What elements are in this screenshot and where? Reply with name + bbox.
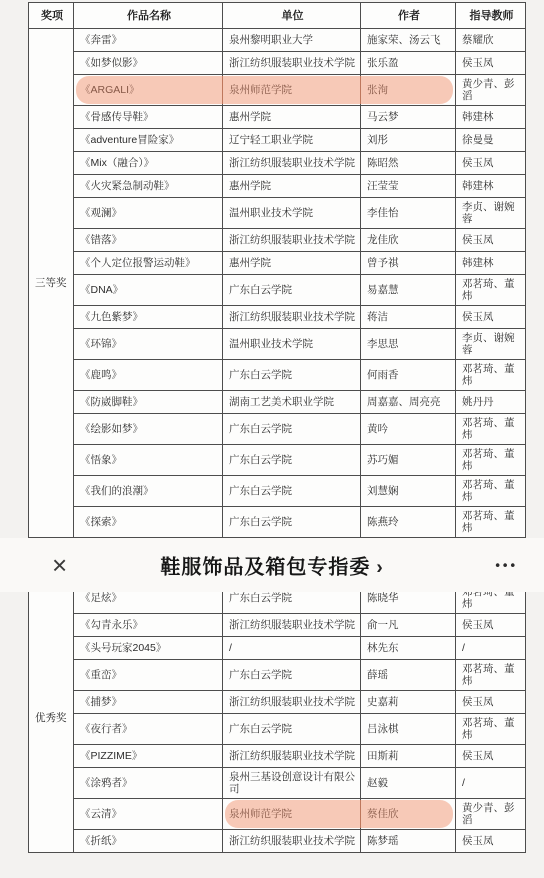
unit-cell: 广东白云学院 (223, 714, 361, 745)
award-label-cell: 三等奖 (29, 29, 74, 538)
section-title[interactable]: 鞋服饰品及箱包专指委› (160, 551, 383, 580)
author-cell: 蔡佳欣 (361, 799, 456, 830)
teacher-cell: 姚丹丹 (456, 391, 526, 414)
unit-cell: 温州职业技术学院 (223, 329, 361, 360)
author-cell: 陈梦瑶 (361, 830, 456, 853)
work-cell: 《错落》 (74, 229, 223, 252)
unit-cell: 温州职业技术学院 (223, 198, 361, 229)
unit-cell: 浙江纺织服装职业技术学院 (223, 614, 361, 637)
table-row: 《骨感传导鞋》惠州学院马云梦韩建林 (29, 106, 526, 129)
work-cell: 《九色紫梦》 (74, 306, 223, 329)
table-row: 《如梦似影》浙江纺织服装职业技术学院张乐盈侯玉凤 (29, 52, 526, 75)
work-cell: 《个人定位报警运动鞋》 (74, 252, 223, 275)
author-cell: 陈昭然 (361, 152, 456, 175)
unit-cell: 广东白云学院 (223, 507, 361, 538)
table-row: 三等奖《奔雷》泉州黎明职业大学施家荣、汤云飞蔡耀欣 (29, 29, 526, 52)
teacher-cell: 邓茗琦、董炜 (456, 476, 526, 507)
teacher-cell: 韩建林 (456, 175, 526, 198)
column-header: 作者 (361, 3, 456, 29)
author-cell: 李佳怡 (361, 198, 456, 229)
unit-cell: 泉州师范学院 (223, 799, 361, 830)
author-cell: 易嘉慧 (361, 275, 456, 306)
close-icon[interactable]: × (52, 552, 67, 578)
author-cell: 薛瑶 (361, 660, 456, 691)
unit-cell: 广东白云学院 (223, 660, 361, 691)
unit-cell: / (223, 637, 361, 660)
table-row: 《悟象》广东白云学院苏巧媚邓茗琦、董炜 (29, 445, 526, 476)
work-cell: 《防崴脚鞋》 (74, 391, 223, 414)
teacher-cell: 蔡耀欣 (456, 29, 526, 52)
work-cell: 《ARGALI》 (74, 75, 223, 106)
unit-cell: 广东白云学院 (223, 445, 361, 476)
work-cell: 《Mix（融合）》 (74, 152, 223, 175)
table-row: 《ARGALI》泉州师范学院张洵黄少青、彭滔 (29, 75, 526, 106)
unit-cell: 浙江纺织服装职业技术学院 (223, 52, 361, 75)
table-row: 《个人定位报警运动鞋》惠州学院曾予祺韩建林 (29, 252, 526, 275)
column-header: 奖项 (29, 3, 74, 29)
author-cell: 马云梦 (361, 106, 456, 129)
unit-cell: 广东白云学院 (223, 476, 361, 507)
author-cell: 刘慧娴 (361, 476, 456, 507)
teacher-cell: 李贞、谢婉蓉 (456, 329, 526, 360)
author-cell: 吕泳棋 (361, 714, 456, 745)
unit-cell: 惠州学院 (223, 106, 361, 129)
table-row: 《头号玩家2045》/林先东/ (29, 637, 526, 660)
award-label-cell: 优秀奖 (29, 592, 74, 853)
unit-cell: 惠州学院 (223, 175, 361, 198)
work-cell: 《重峦》 (74, 660, 223, 691)
work-cell: 《足炫》 (74, 592, 223, 614)
more-menu-icon[interactable]: ••• (495, 558, 518, 573)
work-cell: 《火灾紧急制动鞋》 (74, 175, 223, 198)
unit-cell: 泉州师范学院 (223, 75, 361, 106)
unit-cell: 湖南工艺美术职业学院 (223, 391, 361, 414)
work-cell: 《如梦似影》 (74, 52, 223, 75)
author-cell: 苏巧媚 (361, 445, 456, 476)
author-cell: 史嘉莉 (361, 691, 456, 714)
author-cell: 林先东 (361, 637, 456, 660)
unit-cell: 广东白云学院 (223, 275, 361, 306)
work-cell: 《云清》 (74, 799, 223, 830)
teacher-cell: 侯玉凤 (456, 152, 526, 175)
column-header: 指导教师 (456, 3, 526, 29)
teacher-cell: 邓茗琦、董炜 (456, 714, 526, 745)
table-row: 《勾青永乐》浙江纺织服装职业技术学院俞一凡侯玉凤 (29, 614, 526, 637)
author-cell: 曾予祺 (361, 252, 456, 275)
teacher-cell: 黄少青、彭滔 (456, 799, 526, 830)
author-cell: 张洵 (361, 75, 456, 106)
author-cell: 张乐盈 (361, 52, 456, 75)
teacher-cell: 邓茗琦、董炜 (456, 660, 526, 691)
author-cell: 施家荣、汤云飞 (361, 29, 456, 52)
excellence-prize-table-area: 优秀奖《足炫》广东白云学院陈晓华邓茗琦、董炜《勾青永乐》浙江纺织服装职业技术学院… (0, 592, 544, 878)
work-cell: 《涂鸦者》 (74, 768, 223, 799)
work-cell: 《奔雷》 (74, 29, 223, 52)
work-cell: 《PIZZIME》 (74, 745, 223, 768)
unit-cell: 广东白云学院 (223, 360, 361, 391)
author-cell: 李思思 (361, 329, 456, 360)
work-cell: 《头号玩家2045》 (74, 637, 223, 660)
column-header: 作品名称 (74, 3, 223, 29)
author-cell: 赵毅 (361, 768, 456, 799)
teacher-cell: 韩建林 (456, 252, 526, 275)
table-row: 《夜行者》广东白云学院吕泳棋邓茗琦、董炜 (29, 714, 526, 745)
table-row: 《防崴脚鞋》湖南工艺美术职业学院周嘉嘉、周亮亮姚丹丹 (29, 391, 526, 414)
unit-cell: 广东白云学院 (223, 592, 361, 614)
author-cell: 龙佳欣 (361, 229, 456, 252)
chevron-right-icon: › (376, 558, 383, 579)
unit-cell: 惠州学院 (223, 252, 361, 275)
unit-cell: 浙江纺织服装职业技术学院 (223, 152, 361, 175)
teacher-cell: 侯玉凤 (456, 691, 526, 714)
table-row: 《九色紫梦》浙江纺织服装职业技术学院蒋洁侯玉凤 (29, 306, 526, 329)
table-row: 《重峦》广东白云学院薛瑶邓茗琦、董炜 (29, 660, 526, 691)
unit-cell: 浙江纺织服装职业技术学院 (223, 691, 361, 714)
teacher-cell: 侯玉凤 (456, 52, 526, 75)
author-cell: 陈晓华 (361, 592, 456, 614)
work-cell: 《捕梦》 (74, 691, 223, 714)
author-cell: 刘彤 (361, 129, 456, 152)
unit-cell: 浙江纺织服装职业技术学院 (223, 229, 361, 252)
unit-cell: 泉州黎明职业大学 (223, 29, 361, 52)
table-row: 《绘影如梦》广东白云学院黄吟邓茗琦、董炜 (29, 414, 526, 445)
section-header: × 鞋服饰品及箱包专指委› ••• (0, 538, 544, 592)
unit-cell: 辽宁轻工职业学院 (223, 129, 361, 152)
work-cell: 《鹿鸣》 (74, 360, 223, 391)
author-cell: 何雨香 (361, 360, 456, 391)
unit-cell: 泉州三基设创意设计有限公司 (223, 768, 361, 799)
teacher-cell: 邓茗琦、董炜 (456, 445, 526, 476)
table-row: 《探索》广东白云学院陈燕玲邓茗琦、董炜 (29, 507, 526, 538)
teacher-cell: 侯玉凤 (456, 745, 526, 768)
teacher-cell: 徐曼曼 (456, 129, 526, 152)
third-prize-table-area: 奖项作品名称单位作者指导教师 三等奖《奔雷》泉州黎明职业大学施家荣、汤云飞蔡耀欣… (0, 0, 544, 538)
teacher-cell: 邓茗琦、董炜 (456, 275, 526, 306)
author-cell: 俞一凡 (361, 614, 456, 637)
excellence-prize-table: 优秀奖《足炫》广东白云学院陈晓华邓茗琦、董炜《勾青永乐》浙江纺织服装职业技术学院… (28, 592, 526, 853)
table-row: 《涂鸦者》泉州三基设创意设计有限公司赵毅/ (29, 768, 526, 799)
teacher-cell: / (456, 637, 526, 660)
author-cell: 陈燕玲 (361, 507, 456, 538)
table-row: 《错落》浙江纺织服装职业技术学院龙佳欣侯玉凤 (29, 229, 526, 252)
unit-cell: 浙江纺织服装职业技术学院 (223, 830, 361, 853)
unit-cell: 浙江纺织服装职业技术学院 (223, 745, 361, 768)
teacher-cell: 侯玉凤 (456, 229, 526, 252)
table-row: 《捕梦》浙江纺织服装职业技术学院史嘉莉侯玉凤 (29, 691, 526, 714)
author-cell: 田斯莉 (361, 745, 456, 768)
teacher-cell: 黄少青、彭滔 (456, 75, 526, 106)
table-row: 优秀奖《足炫》广东白云学院陈晓华邓茗琦、董炜 (29, 592, 526, 614)
teacher-cell: 李贞、谢婉蓉 (456, 198, 526, 229)
table-row: 《鹿鸣》广东白云学院何雨香邓茗琦、董炜 (29, 360, 526, 391)
table-row: 《adventure冒险家》辽宁轻工职业学院刘彤徐曼曼 (29, 129, 526, 152)
teacher-cell: 邓茗琦、董炜 (456, 592, 526, 614)
work-cell: 《adventure冒险家》 (74, 129, 223, 152)
unit-cell: 广东白云学院 (223, 414, 361, 445)
work-cell: 《勾青永乐》 (74, 614, 223, 637)
author-cell: 黄吟 (361, 414, 456, 445)
third-prize-table: 奖项作品名称单位作者指导教师 三等奖《奔雷》泉州黎明职业大学施家荣、汤云飞蔡耀欣… (28, 2, 526, 538)
header-row: 奖项作品名称单位作者指导教师 (29, 3, 526, 29)
work-cell: 《我们的浪潮》 (74, 476, 223, 507)
work-cell: 《探索》 (74, 507, 223, 538)
table-row: 《我们的浪潮》广东白云学院刘慧娴邓茗琦、董炜 (29, 476, 526, 507)
teacher-cell: 侯玉凤 (456, 830, 526, 853)
teacher-cell: 侯玉凤 (456, 306, 526, 329)
teacher-cell: 邓茗琦、董炜 (456, 414, 526, 445)
teacher-cell: 韩建林 (456, 106, 526, 129)
teacher-cell: 侯玉凤 (456, 614, 526, 637)
table-row: 《火灾紧急制动鞋》惠州学院汪莹莹韩建林 (29, 175, 526, 198)
table-row: 《DNA》广东白云学院易嘉慧邓茗琦、董炜 (29, 275, 526, 306)
work-cell: 《观澜》 (74, 198, 223, 229)
table-row: 《观澜》温州职业技术学院李佳怡李贞、谢婉蓉 (29, 198, 526, 229)
table-row: 《Mix（融合）》浙江纺织服装职业技术学院陈昭然侯玉凤 (29, 152, 526, 175)
author-cell: 汪莹莹 (361, 175, 456, 198)
table-row: 《PIZZIME》浙江纺织服装职业技术学院田斯莉侯玉凤 (29, 745, 526, 768)
teacher-cell: 邓茗琦、董炜 (456, 507, 526, 538)
work-cell: 《绘影如梦》 (74, 414, 223, 445)
author-cell: 周嘉嘉、周亮亮 (361, 391, 456, 414)
author-cell: 蒋洁 (361, 306, 456, 329)
table-row: 《环锦》温州职业技术学院李思思李贞、谢婉蓉 (29, 329, 526, 360)
table-row: 《折纸》浙江纺织服装职业技术学院陈梦瑶侯玉凤 (29, 830, 526, 853)
table-header-row: 奖项作品名称单位作者指导教师 (29, 3, 526, 29)
section-title-label: 鞋服饰品及箱包专指委 (160, 557, 370, 579)
teacher-cell: / (456, 768, 526, 799)
work-cell: 《折纸》 (74, 830, 223, 853)
screenshot-root: 奖项作品名称单位作者指导教师 三等奖《奔雷》泉州黎明职业大学施家荣、汤云飞蔡耀欣… (0, 0, 544, 878)
column-header: 单位 (223, 3, 361, 29)
work-cell: 《悟象》 (74, 445, 223, 476)
teacher-cell: 邓茗琦、董炜 (456, 360, 526, 391)
unit-cell: 浙江纺织服装职业技术学院 (223, 306, 361, 329)
work-cell: 《夜行者》 (74, 714, 223, 745)
work-cell: 《环锦》 (74, 329, 223, 360)
table-row: 《云清》泉州师范学院蔡佳欣黄少青、彭滔 (29, 799, 526, 830)
work-cell: 《DNA》 (74, 275, 223, 306)
work-cell: 《骨感传导鞋》 (74, 106, 223, 129)
